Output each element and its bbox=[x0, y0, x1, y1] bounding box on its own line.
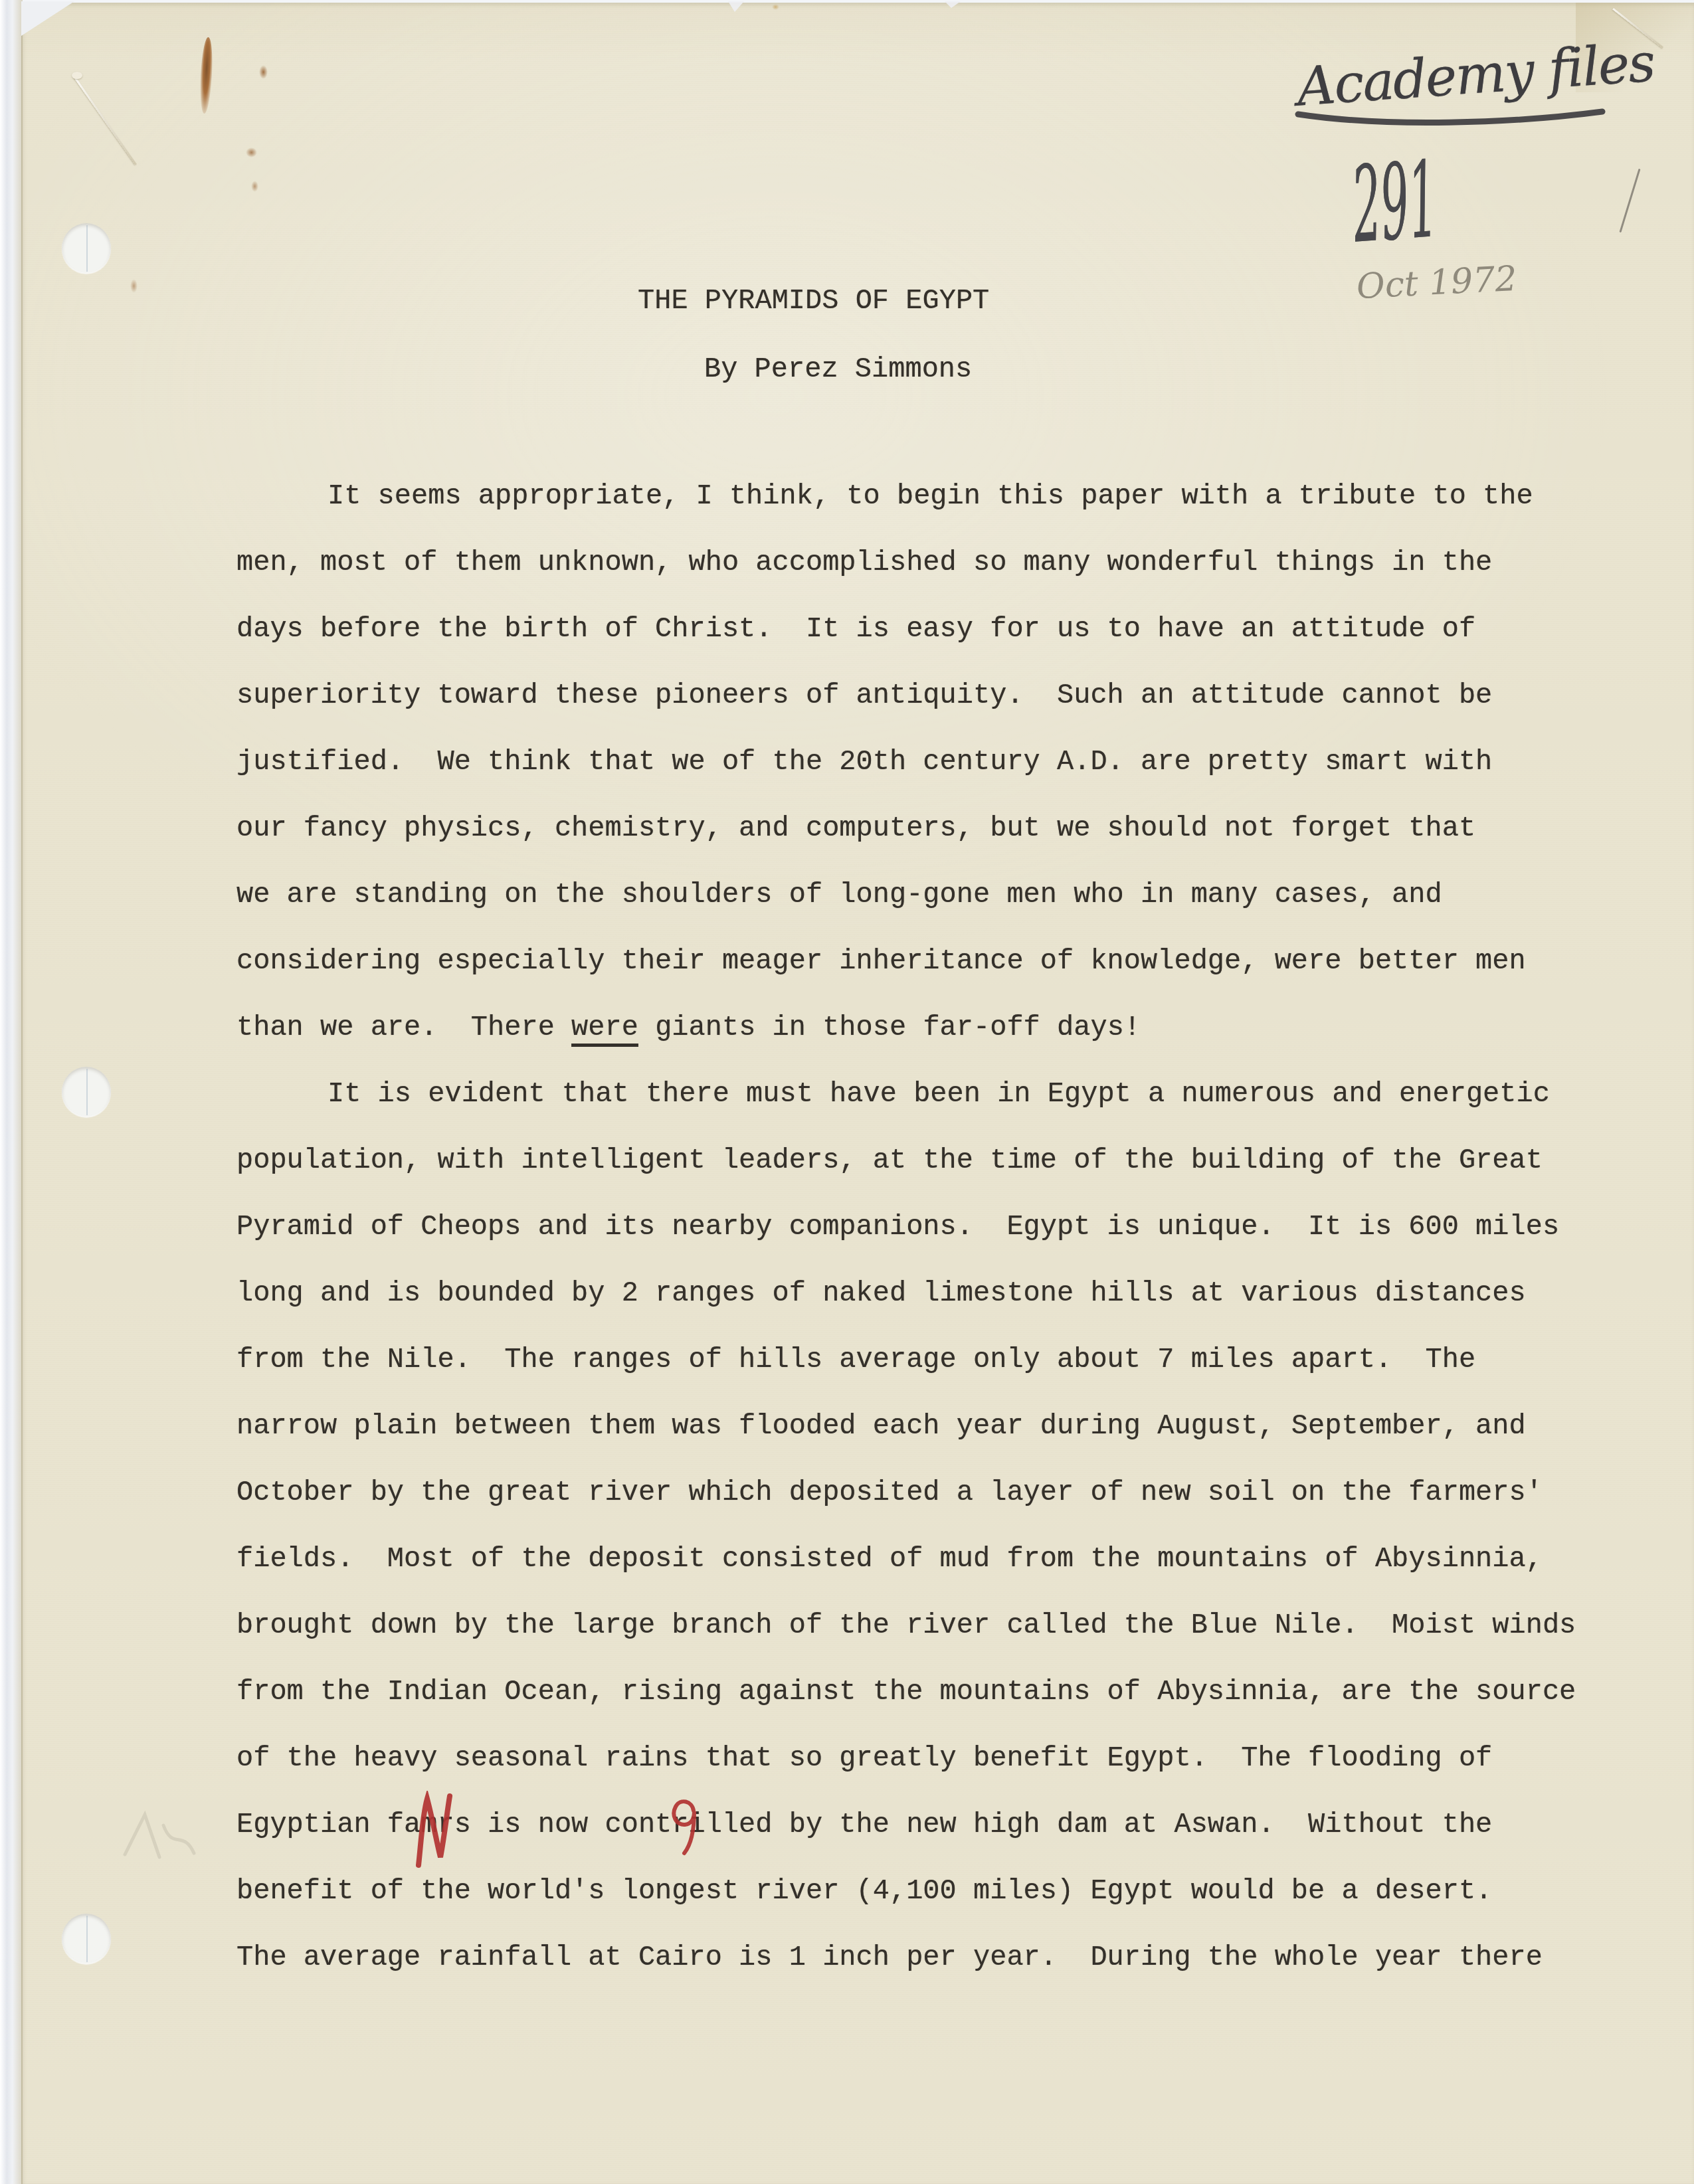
faint-pencil-scribble bbox=[120, 1807, 213, 1870]
top-edge-notch bbox=[945, 1, 961, 8]
body-line: It is evident that there must have been … bbox=[236, 1080, 1550, 1108]
body-line: men, most of them unknown, who accomplis… bbox=[236, 549, 1492, 577]
body-line: narrow plain between them was flooded ea… bbox=[236, 1412, 1526, 1440]
body-line: fields. Most of the deposit consisted of… bbox=[236, 1545, 1543, 1573]
underlined-word: were bbox=[571, 1012, 638, 1044]
body-line: It seems appropriate, I think, to begin … bbox=[236, 482, 1533, 510]
punch-hole-bottom bbox=[62, 1914, 111, 1964]
top-edge-notch bbox=[728, 1, 744, 12]
rust-stain bbox=[130, 279, 138, 293]
punch-hole-middle bbox=[62, 1067, 111, 1117]
punch-hole-top bbox=[62, 223, 111, 274]
byline: By Perez Simmons bbox=[704, 355, 972, 383]
paper-spot bbox=[772, 4, 779, 10]
body-line: our fancy physics, chemistry, and comput… bbox=[236, 814, 1475, 842]
staple-crease bbox=[74, 77, 137, 165]
body-line: Pyramid of Cheops and its nearby compani… bbox=[236, 1213, 1559, 1241]
body-line: population, with intelligent leaders, at… bbox=[236, 1146, 1543, 1174]
body-line: from the Nile. The ranges of hills avera… bbox=[236, 1346, 1475, 1374]
scanner-backing-strip bbox=[0, 0, 23, 2184]
date-annotation: Oct 1972 bbox=[1356, 259, 1518, 308]
top-left-corner-fold bbox=[21, 1, 74, 36]
body-line: justified. We think that we of the 20th … bbox=[236, 748, 1492, 776]
body-line-with-corrections: Egyptian famrs is now contrilled by the … bbox=[236, 1811, 1492, 1839]
rust-stain bbox=[246, 147, 257, 157]
body-line: benefit of the world's longest river (4,… bbox=[236, 1877, 1492, 1905]
rust-stain bbox=[251, 181, 258, 192]
body-line: considering especially their meager inhe… bbox=[236, 947, 1526, 975]
body-line: The average rainfall at Cairo is 1 inch … bbox=[236, 1944, 1543, 1971]
body-line: brought down by the large branch of the … bbox=[236, 1611, 1576, 1639]
page-title: THE PYRAMIDS OF EGYPT bbox=[638, 287, 989, 315]
rust-stain bbox=[259, 65, 268, 79]
body-line-with-underline: than we are. There were giants in those … bbox=[236, 1014, 1141, 1042]
rust-stain bbox=[199, 37, 214, 114]
body-line: from the Indian Ocean, rising against th… bbox=[236, 1678, 1576, 1706]
body-line: days before the birth of Christ. It is e… bbox=[236, 615, 1475, 643]
body-line: we are standing on the shoulders of long… bbox=[236, 881, 1442, 909]
file-number-annotation: 291 bbox=[1349, 139, 1441, 266]
body-line: of the heavy seasonal rains that so grea… bbox=[236, 1744, 1492, 1772]
scanned-document-page: { "annotations": { "top_right_label": "A… bbox=[0, 0, 1694, 2184]
body-line: superiority toward these pioneers of ant… bbox=[236, 682, 1492, 709]
body-line: October by the great river which deposit… bbox=[236, 1479, 1543, 1506]
body-line: long and is bounded by 2 ranges of naked… bbox=[236, 1279, 1526, 1307]
staple-nick bbox=[72, 72, 82, 79]
